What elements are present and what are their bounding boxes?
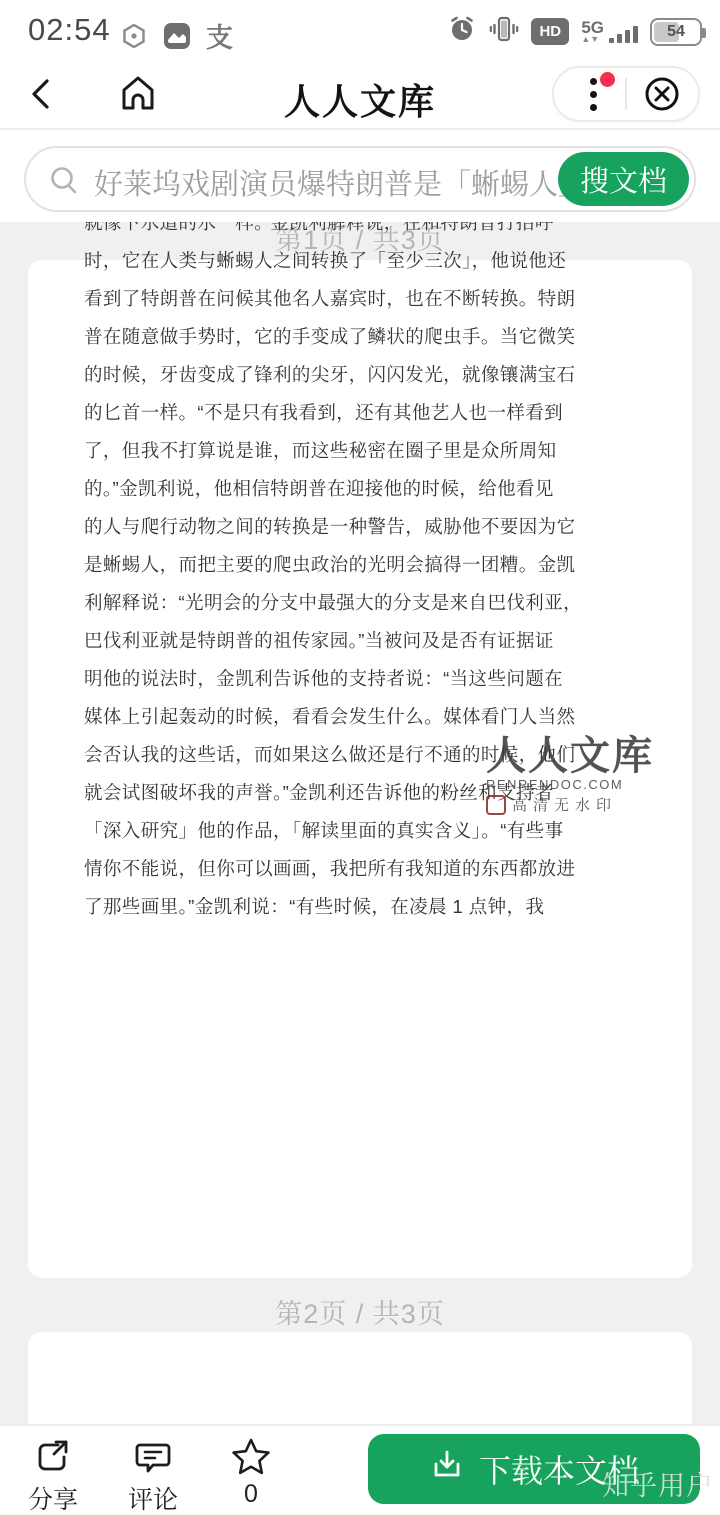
doc-line: 了，但我不打算说是谁，而这些秘密在圈子里是众所周知 [84, 432, 594, 470]
search-query-text: 好莱坞戏剧演员爆特朗普是「蜥蜴人」 [94, 162, 564, 203]
doc-line: 看到了特朗普在问候其他名人嘉宾时，也在不断转换。特朗 [84, 280, 594, 318]
status-right-icons: HD 5G ▲▼ 54 [447, 14, 702, 49]
watermark-tag: 高清无水印 [512, 794, 617, 815]
favorite-button[interactable]: 0 [206, 1436, 296, 1509]
page-indicator-middle: 第2页 / 共3页 [0, 1292, 720, 1331]
doc-line: 时，它在人类与蜥蜴人之间转换了「至少三次」，他说他还 [84, 242, 594, 280]
download-button[interactable]: 下载本文档 [368, 1434, 700, 1504]
watermark-domain: RENRENDOC.COM [486, 777, 654, 792]
share-button[interactable]: 分享 [8, 1436, 98, 1515]
notification-badge [600, 72, 615, 87]
comment-icon [108, 1436, 198, 1478]
battery-icon: 54 [650, 18, 702, 46]
doc-line: 明他的说法时，金凯利告诉他的支持者说：“当这些问题在 [84, 660, 594, 698]
search-doc-button[interactable]: 搜文档 [558, 152, 689, 206]
settings-hexagon-icon [120, 22, 148, 50]
star-icon [206, 1436, 296, 1478]
hd-icon: HD [531, 18, 569, 45]
doc-line: 了那些画里。”金凯利说：“有些时候，在凌晨 1 点钟，我 [84, 888, 594, 926]
doc-line: 利解释说：“光明会的分支中最强大的分支是来自巴伐利亚， [84, 584, 594, 622]
comment-button[interactable]: 评论 [108, 1436, 198, 1515]
download-label: 下载本文档 [479, 1446, 639, 1492]
gallery-app-icon [162, 21, 192, 51]
nav-bar: 人人文库 [0, 60, 720, 128]
signal-5g-icon: 5G ▲▼ [581, 21, 638, 43]
favorite-count: 0 [206, 1480, 296, 1509]
more-menu-button[interactable] [554, 66, 625, 122]
close-button[interactable] [627, 66, 698, 122]
header: 02:54 支 HD 5G [0, 0, 720, 222]
status-bar: 02:54 支 HD 5G [0, 0, 720, 60]
vibrate-icon [489, 14, 519, 49]
miniapp-capsule [552, 66, 700, 122]
renrendoc-watermark: 人人文库 RENRENDOC.COM 高清无水印 [486, 736, 654, 815]
app-screen: 02:54 支 HD 5G [0, 0, 720, 1515]
clock-time: 02:54 [28, 12, 111, 48]
doc-line: 的时候，牙齿变成了锋利的尖牙，闪闪发光，就像镶满宝石 [84, 356, 594, 394]
doc-line: 的。”金凯利说，他相信特朗普在迎接他的时候，给他看见 [84, 470, 594, 508]
doc-line: 是蜥蜴人，而把主要的爬虫政治的光明会搞得一团糟。金凯 [84, 546, 594, 584]
doc-line: 情你不能说，但你可以画画，我把所有我知道的东西都放进 [84, 850, 594, 888]
alarm-icon [447, 14, 477, 49]
comment-label: 评论 [108, 1480, 198, 1515]
doc-line: 「深入研究」他的作品，「解读里面的真实含义」。“有些事 [84, 812, 594, 850]
bottom-toolbar: 分享 评论 0 下载本文档 [0, 1424, 720, 1515]
watermark-stamp-icon [486, 795, 506, 815]
share-icon [8, 1436, 98, 1478]
alipay-icon: 支 [206, 16, 233, 55]
download-icon [429, 1447, 465, 1491]
search-icon [48, 164, 82, 203]
search-input[interactable]: 好莱坞戏剧演员爆特朗普是「蜥蜴人」 搜文档 [24, 146, 696, 212]
watermark-title: 人人文库 [486, 736, 654, 776]
search-section: 好莱坞戏剧演员爆特朗普是「蜥蜴人」 搜文档 [0, 130, 720, 222]
share-label: 分享 [8, 1480, 98, 1515]
doc-line: 的人与爬行动物之间的转换是一种警告，威胁他不要因为它 [84, 508, 594, 546]
doc-line: 普在随意做手势时，它的手变成了鳞状的爬虫手。当它微笑 [84, 318, 594, 356]
status-left-icons: 支 [120, 16, 233, 55]
doc-line: 媒体上引起轰动的时候，看看会发生什么。媒体看门人当然 [84, 698, 594, 736]
doc-line: 的匕首一样。“不是只有我看到，还有其他艺人也一样看到 [84, 394, 594, 432]
battery-percent: 54 [652, 20, 700, 44]
doc-line: 巴伐利亚就是特朗普的祖传家园。”当被问及是否有证据证 [84, 622, 594, 660]
